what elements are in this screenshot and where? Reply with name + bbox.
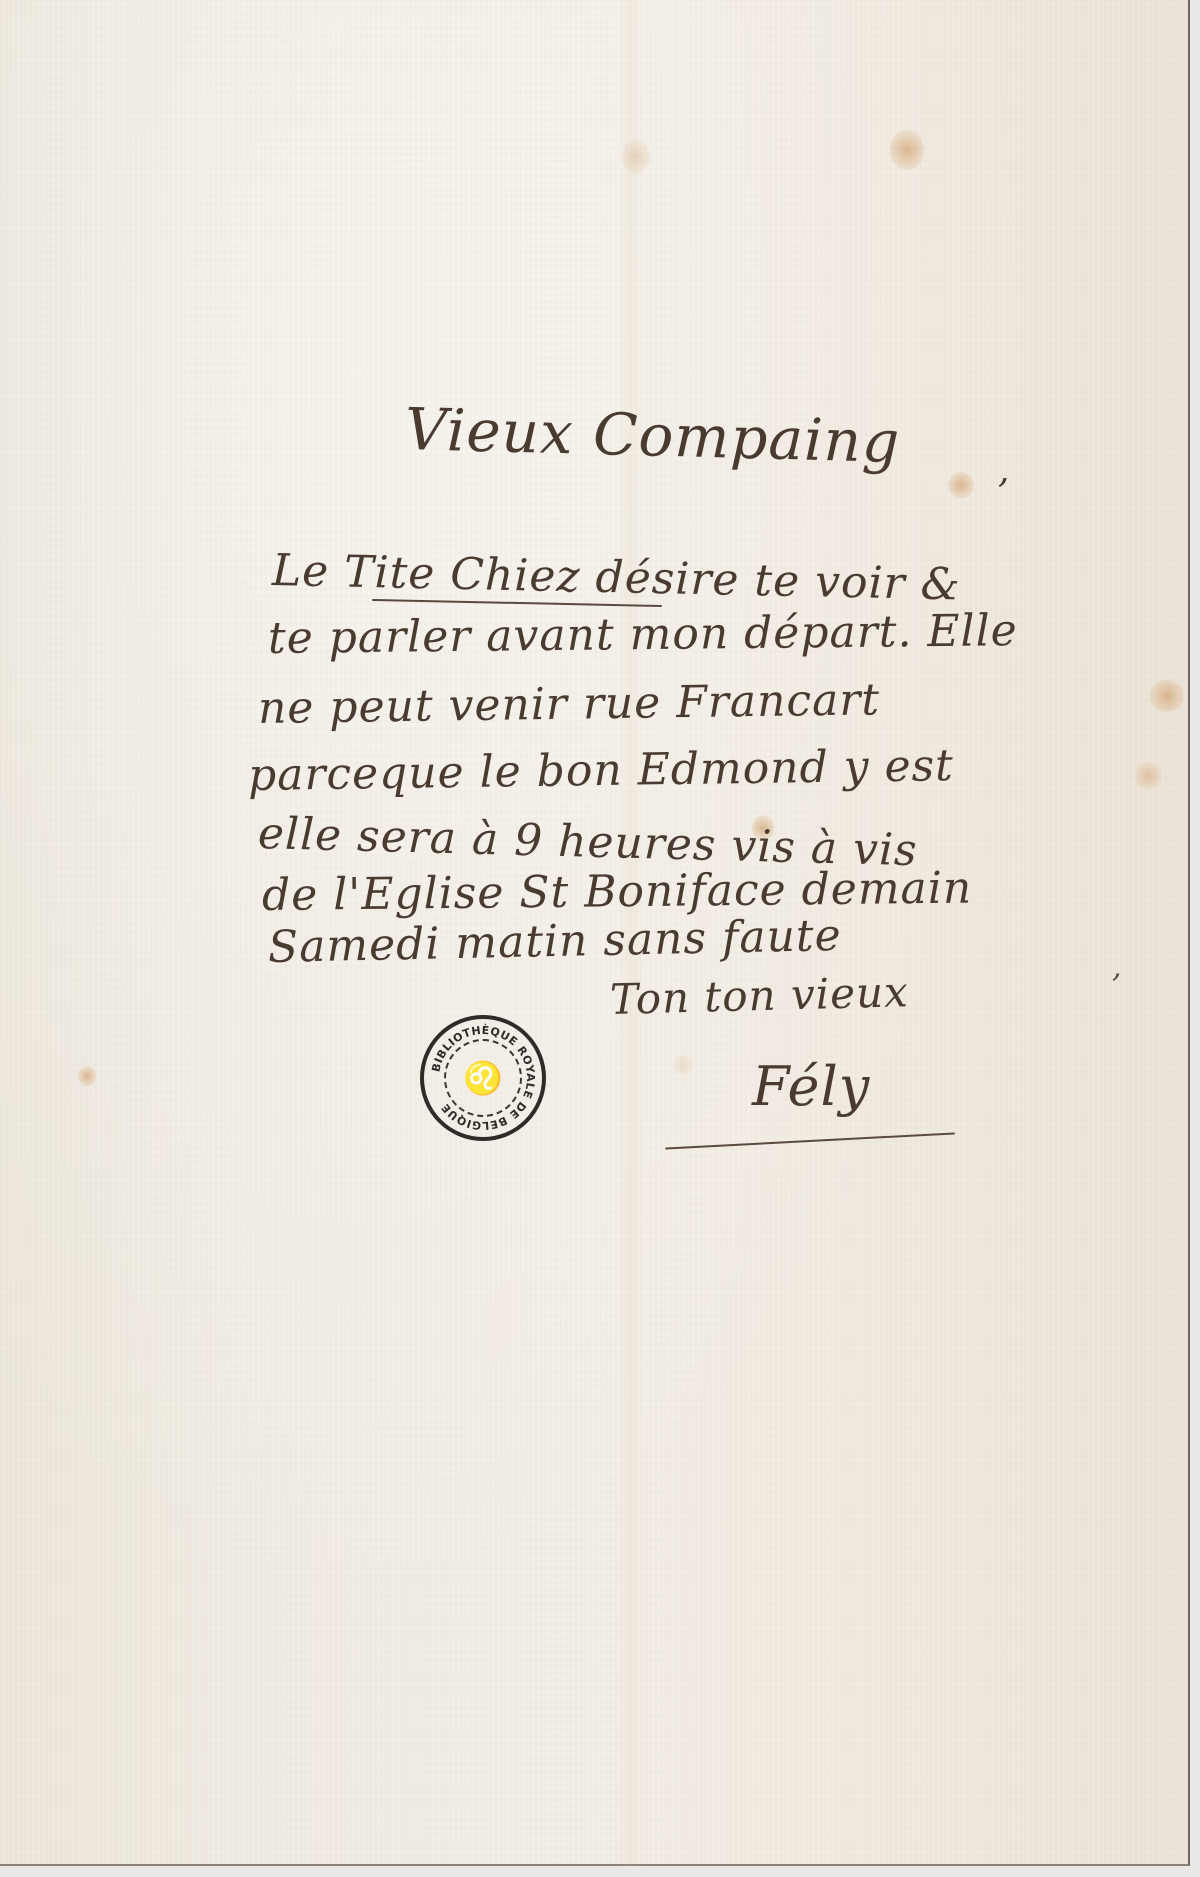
foxing-stain [673,1055,693,1075]
foxing-stain [890,130,924,170]
letter-closing: Ton ton vieux [609,967,909,1024]
signature-flourish [665,1132,955,1149]
foxing-stain [78,1066,96,1086]
foxing-stain [948,472,974,498]
signature: Fély [752,1055,870,1118]
letter-line-6: de l'Eglise St Boniface demain [262,863,973,921]
salutation: Vieux Compaing [404,395,901,476]
letter-line-7: Samedi matin sans faute [267,910,842,973]
foxing-stain [622,140,650,174]
foxing-stain [1150,680,1184,712]
letter-paper: Vieux Compaing , Le Tite Chiez désire te… [0,0,1190,1866]
letter-line-4: parceque le bon Edmond y est [248,740,955,801]
letter-line-3: ne peut venir rue Francart [258,674,881,734]
salutation-comma: , [998,450,1009,491]
margin-mark: , [1112,950,1122,985]
svg-text:BIBLIOTHÈQUE ROYALE DE BELGIQU: BIBLIOTHÈQUE ROYALE DE BELGIQUE [429,1024,537,1132]
library-stamp: BIBLIOTHÈQUE ROYALE DE BELGIQUE ♌ [420,1015,546,1141]
stamp-ring-text: BIBLIOTHÈQUE ROYALE DE BELGIQUE [424,1019,542,1137]
stamp-text-ring-icon: BIBLIOTHÈQUE ROYALE DE BELGIQUE [424,1019,542,1137]
letter-line-2: te parler avant mon départ. Elle [268,605,1018,664]
foxing-stain [1135,762,1161,790]
